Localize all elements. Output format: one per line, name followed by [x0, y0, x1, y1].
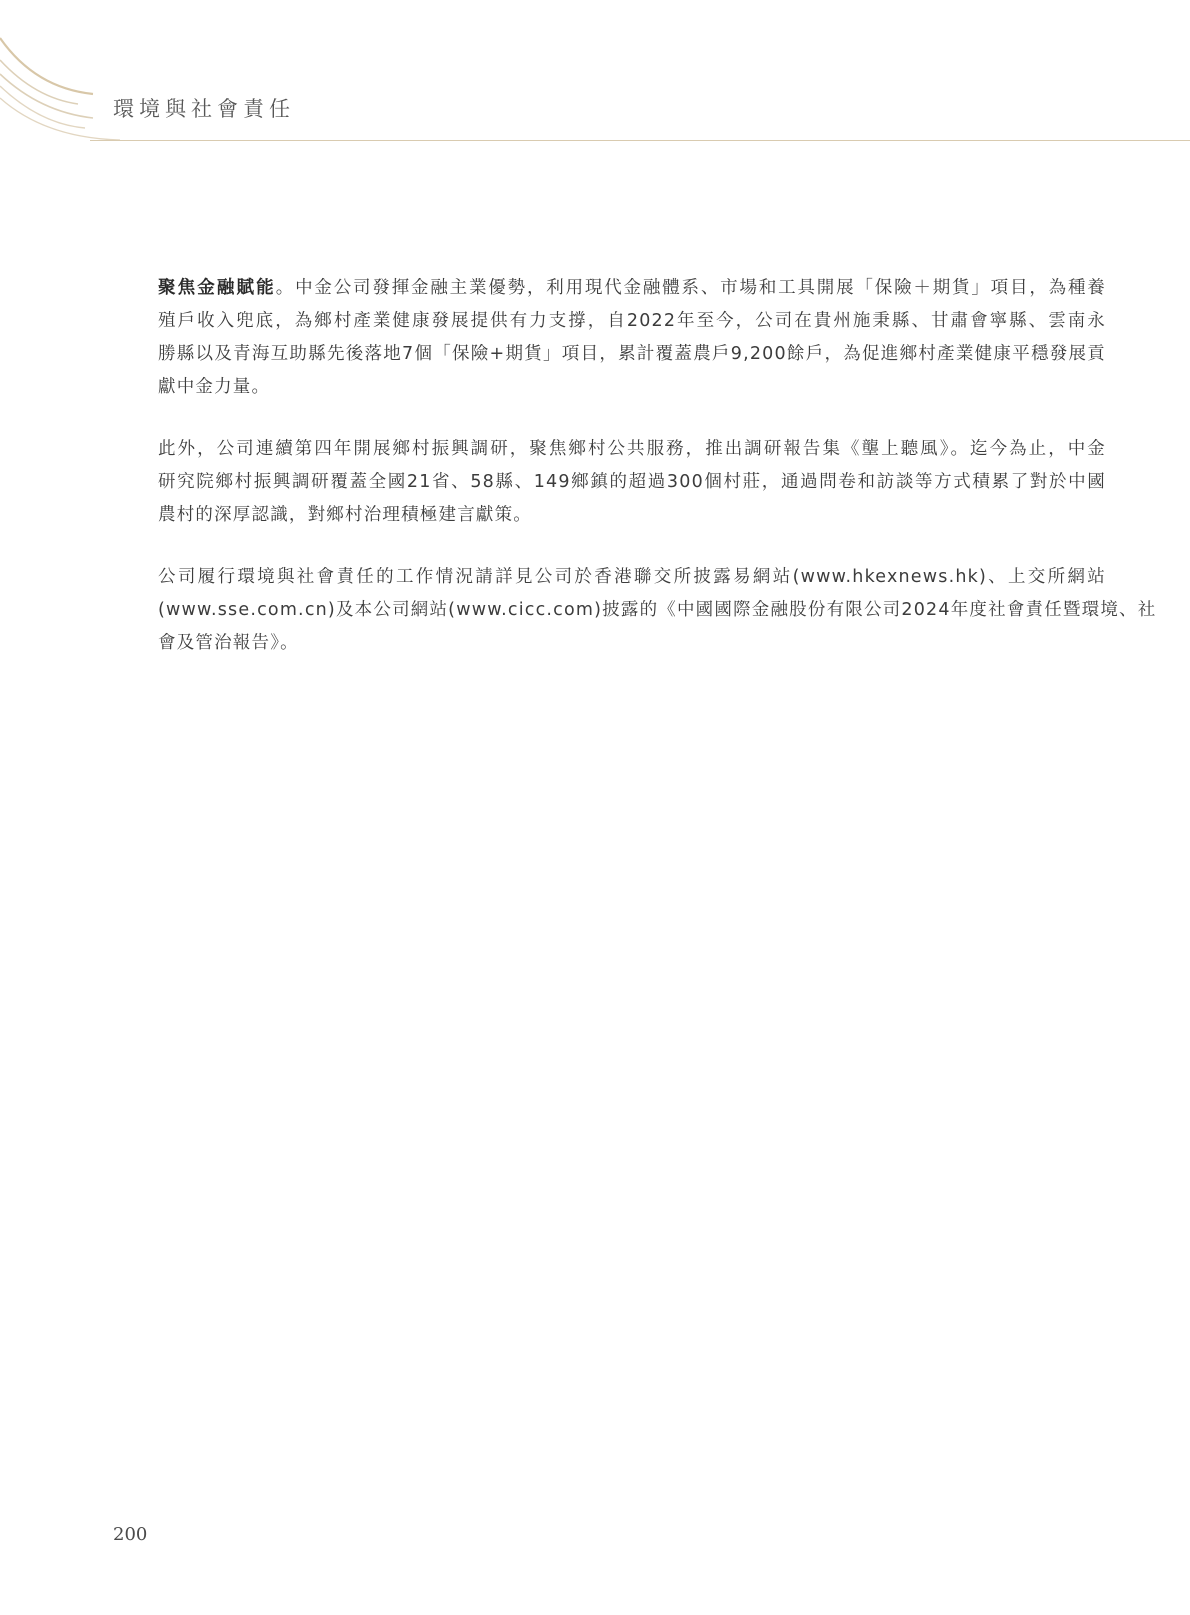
text-line: 殖戶收入兜底，為鄉村產業健康發展提供有力支撐，自2022年至今，公司在貴州施秉縣… [158, 305, 1106, 338]
section-title: 環境與社會責任 [113, 93, 295, 123]
paragraph-financial-empowerment: 聚焦金融賦能。中金公司發揮金融主業優勢，利用現代金融體系、市場和工具開展「保險＋… [158, 272, 1106, 404]
text-line: 公司履行環境與社會責任的工作情況請詳見公司於香港聯交所披露易網站(www.hke… [158, 561, 1106, 594]
text-line: 獻中金力量。 [158, 371, 1106, 404]
decorative-arcs-icon [0, 0, 120, 150]
text-line: 勝縣以及青海互助縣先後落地7個「保險+期貨」項目，累計覆蓋農戶9,200餘戶，為… [158, 338, 1106, 371]
text-line-content: 。中金公司發揮金融主業優勢，利用現代金融體系、市場和工具開展「保險＋期貨」項目，… [276, 278, 1106, 298]
document-body: 聚焦金融賦能。中金公司發揮金融主業優勢，利用現代金融體系、市場和工具開展「保險＋… [158, 272, 1106, 689]
page-number: 200 [113, 1524, 147, 1545]
text-line: 聚焦金融賦能。中金公司發揮金融主業優勢，利用現代金融體系、市場和工具開展「保險＋… [158, 272, 1106, 305]
paragraph-lead-heading: 聚焦金融賦能 [158, 278, 276, 298]
text-line: 研究院鄉村振興調研覆蓋全國21省、58縣、149鄉鎮的超過300個村莊，通過問卷… [158, 466, 1106, 499]
text-line: (www.sse.com.cn)及本公司網站(www.cicc.com)披露的《… [158, 594, 1106, 627]
paragraph-report-reference: 公司履行環境與社會責任的工作情況請詳見公司於香港聯交所披露易網站(www.hke… [158, 561, 1106, 660]
text-line: 此外，公司連續第四年開展鄉村振興調研，聚焦鄉村公共服務，推出調研報告集《壟上聽風… [158, 433, 1106, 466]
header-divider [90, 140, 1190, 141]
text-line: 會及管治報告》。 [158, 627, 1106, 660]
text-line: 農村的深厚認識，對鄉村治理積極建言獻策。 [158, 499, 1106, 532]
paragraph-rural-research: 此外，公司連續第四年開展鄉村振興調研，聚焦鄉村公共服務，推出調研報告集《壟上聽風… [158, 433, 1106, 532]
